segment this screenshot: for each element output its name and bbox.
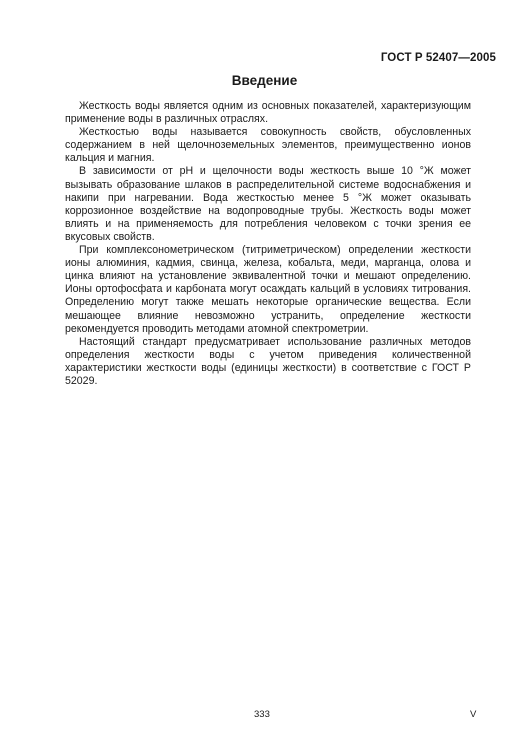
body-text: Жесткость воды является одним из основны… [65, 100, 471, 388]
document-code: ГОСТ Р 52407—2005 [381, 52, 496, 64]
page-number: 333 [254, 709, 270, 720]
roman-page-number: V [470, 709, 476, 720]
paragraph-5: Настоящий стандарт предусматривает испол… [65, 336, 471, 388]
paragraph-4: При комплексонометрическом (титриметриче… [65, 244, 471, 336]
paragraph-2: Жесткостью воды называется совокупность … [65, 126, 471, 165]
paragraph-1: Жесткость воды является одним из основны… [65, 100, 471, 126]
paragraph-3: В зависимости от pH и щелочности воды же… [65, 165, 471, 244]
section-title: Введение [0, 73, 529, 88]
